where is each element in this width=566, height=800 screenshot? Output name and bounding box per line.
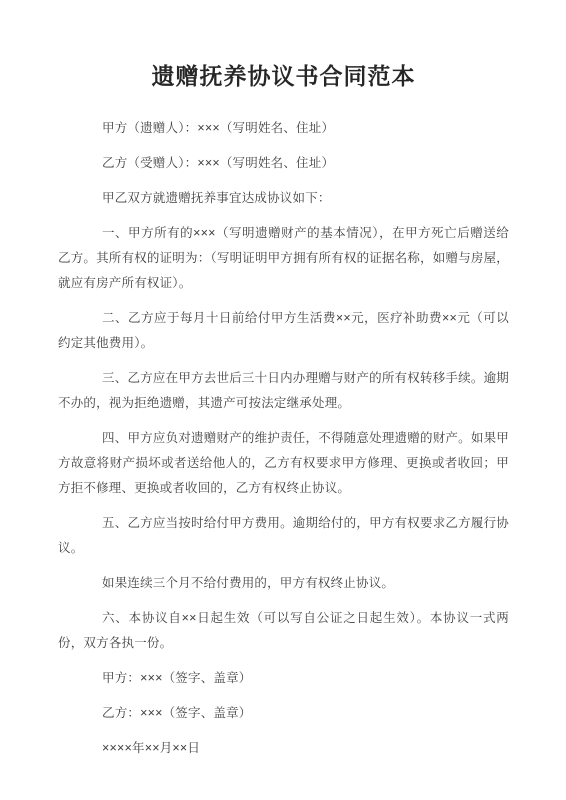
- clause-4: 四、甲方应负对遗赠财产的维护责任，不得随意处理遗赠的财产。如果甲方故意将财产损坏…: [58, 426, 509, 501]
- party-a-line: 甲方（遗赠人）：×××（写明姓名、住址）: [58, 116, 509, 141]
- clause-6: 六、本协议自××日起生效（可以写自公证之日起生效）。本协议一式两份，双方各执一份…: [58, 606, 509, 656]
- clause-3: 三、乙方应在甲方去世后三十日内办理赠与财产的所有权转移手续。逾期不办的，视为拒绝…: [58, 366, 509, 416]
- clause-5-supplement: 如果连续三个月不给付费用的，甲方有权终止协议。: [58, 571, 509, 596]
- signature-party-a: 甲方：×××（签字、盖章）: [58, 666, 509, 691]
- clause-2: 二、乙方应于每月十日前给付甲方生活费××元，医疗补助费××元（可以约定其他费用）…: [58, 306, 509, 356]
- clause-1: 一、甲方所有的×××（写明遗赠财产的基本情况），在甲方死亡后赠送给乙方。其所有权…: [58, 221, 509, 296]
- document-body: 甲方（遗赠人）：×××（写明姓名、住址） 乙方（受赠人）：×××（写明姓名、住址…: [58, 116, 509, 761]
- document-title: 遗赠抚养协议书合同范本: [58, 62, 509, 92]
- party-b-line: 乙方（受赠人）：×××（写明姓名、住址）: [58, 151, 509, 176]
- date-line: ××××年××月××日: [58, 736, 509, 761]
- clause-5: 五、乙方应当按时给付甲方费用。逾期给付的，甲方有权要求乙方履行协议。: [58, 511, 509, 561]
- contract-document-page: 遗赠抚养协议书合同范本 甲方（遗赠人）：×××（写明姓名、住址） 乙方（受赠人）…: [0, 0, 566, 800]
- preamble-line: 甲乙双方就遗赠抚养事宜达成协议如下：: [58, 186, 509, 211]
- signature-party-b: 乙方：×××（签字、盖章）: [58, 701, 509, 726]
